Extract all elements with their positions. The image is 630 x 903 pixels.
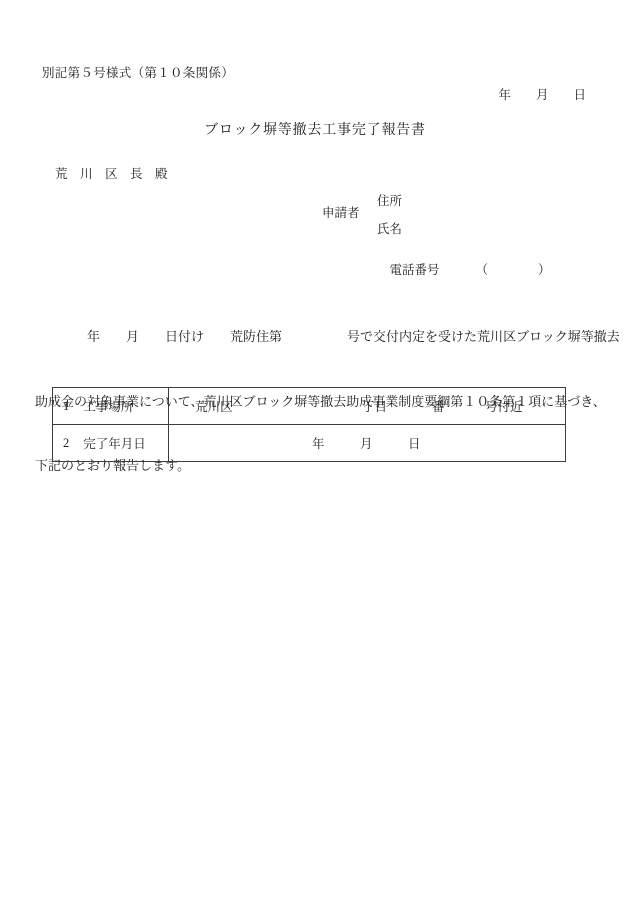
completion-day-label: 日 — [408, 434, 421, 452]
applicant-address-label: 住所 — [377, 191, 402, 209]
row-number: 2 — [63, 436, 69, 451]
work-site-ward: 荒川区 — [195, 397, 233, 415]
row-label: 工事場所 — [83, 397, 133, 415]
completion-year-label: 年 — [312, 434, 325, 452]
applicant-label: 申請者 — [322, 203, 360, 221]
applicant-name-label: 氏名 — [377, 219, 402, 237]
completion-month-label: 月 — [360, 434, 373, 452]
row-value-work-site: 荒川区 丁目 番 号付近 — [169, 388, 565, 424]
document-page: 別記第５号様式（第１０条関係） 年 月 日 ブロック塀等撤去工事完了報告書 荒 … — [0, 0, 630, 903]
applicant-phone-blank: （ ） — [476, 263, 551, 277]
work-site-chome: 丁目 — [362, 397, 387, 415]
work-site-go: 号付近 — [485, 397, 523, 415]
table-row: 2 完了年月日 年 月 日 — [53, 424, 565, 461]
date-line: 年 月 日 — [498, 85, 586, 103]
applicant-phone-label: 電話番号 — [390, 263, 440, 277]
row-value-completion-date: 年 月 日 — [169, 425, 565, 461]
table-row: 1 工事場所 荒川区 丁目 番 号付近 — [53, 388, 565, 424]
report-table: 1 工事場所 荒川区 丁目 番 号付近 2 完了年月日 年 月 日 — [52, 387, 566, 462]
row-header-completion-date: 2 完了年月日 — [53, 425, 169, 461]
page-title: ブロック塀等撤去工事完了報告書 — [0, 119, 630, 139]
row-header-work-site: 1 工事場所 — [53, 388, 169, 424]
work-site-ban: 番 — [432, 397, 445, 415]
addressee-line: 荒 川 区 長 殿 — [55, 164, 168, 182]
form-number: 別記第５号様式（第１０条関係） — [42, 63, 234, 81]
row-number: 1 — [63, 399, 69, 414]
body-line-1: 年 月 日付け 荒防住第 号で交付内定を受けた荒川区ブロック塀等撤去 — [35, 326, 613, 348]
row-label: 完了年月日 — [83, 434, 146, 452]
